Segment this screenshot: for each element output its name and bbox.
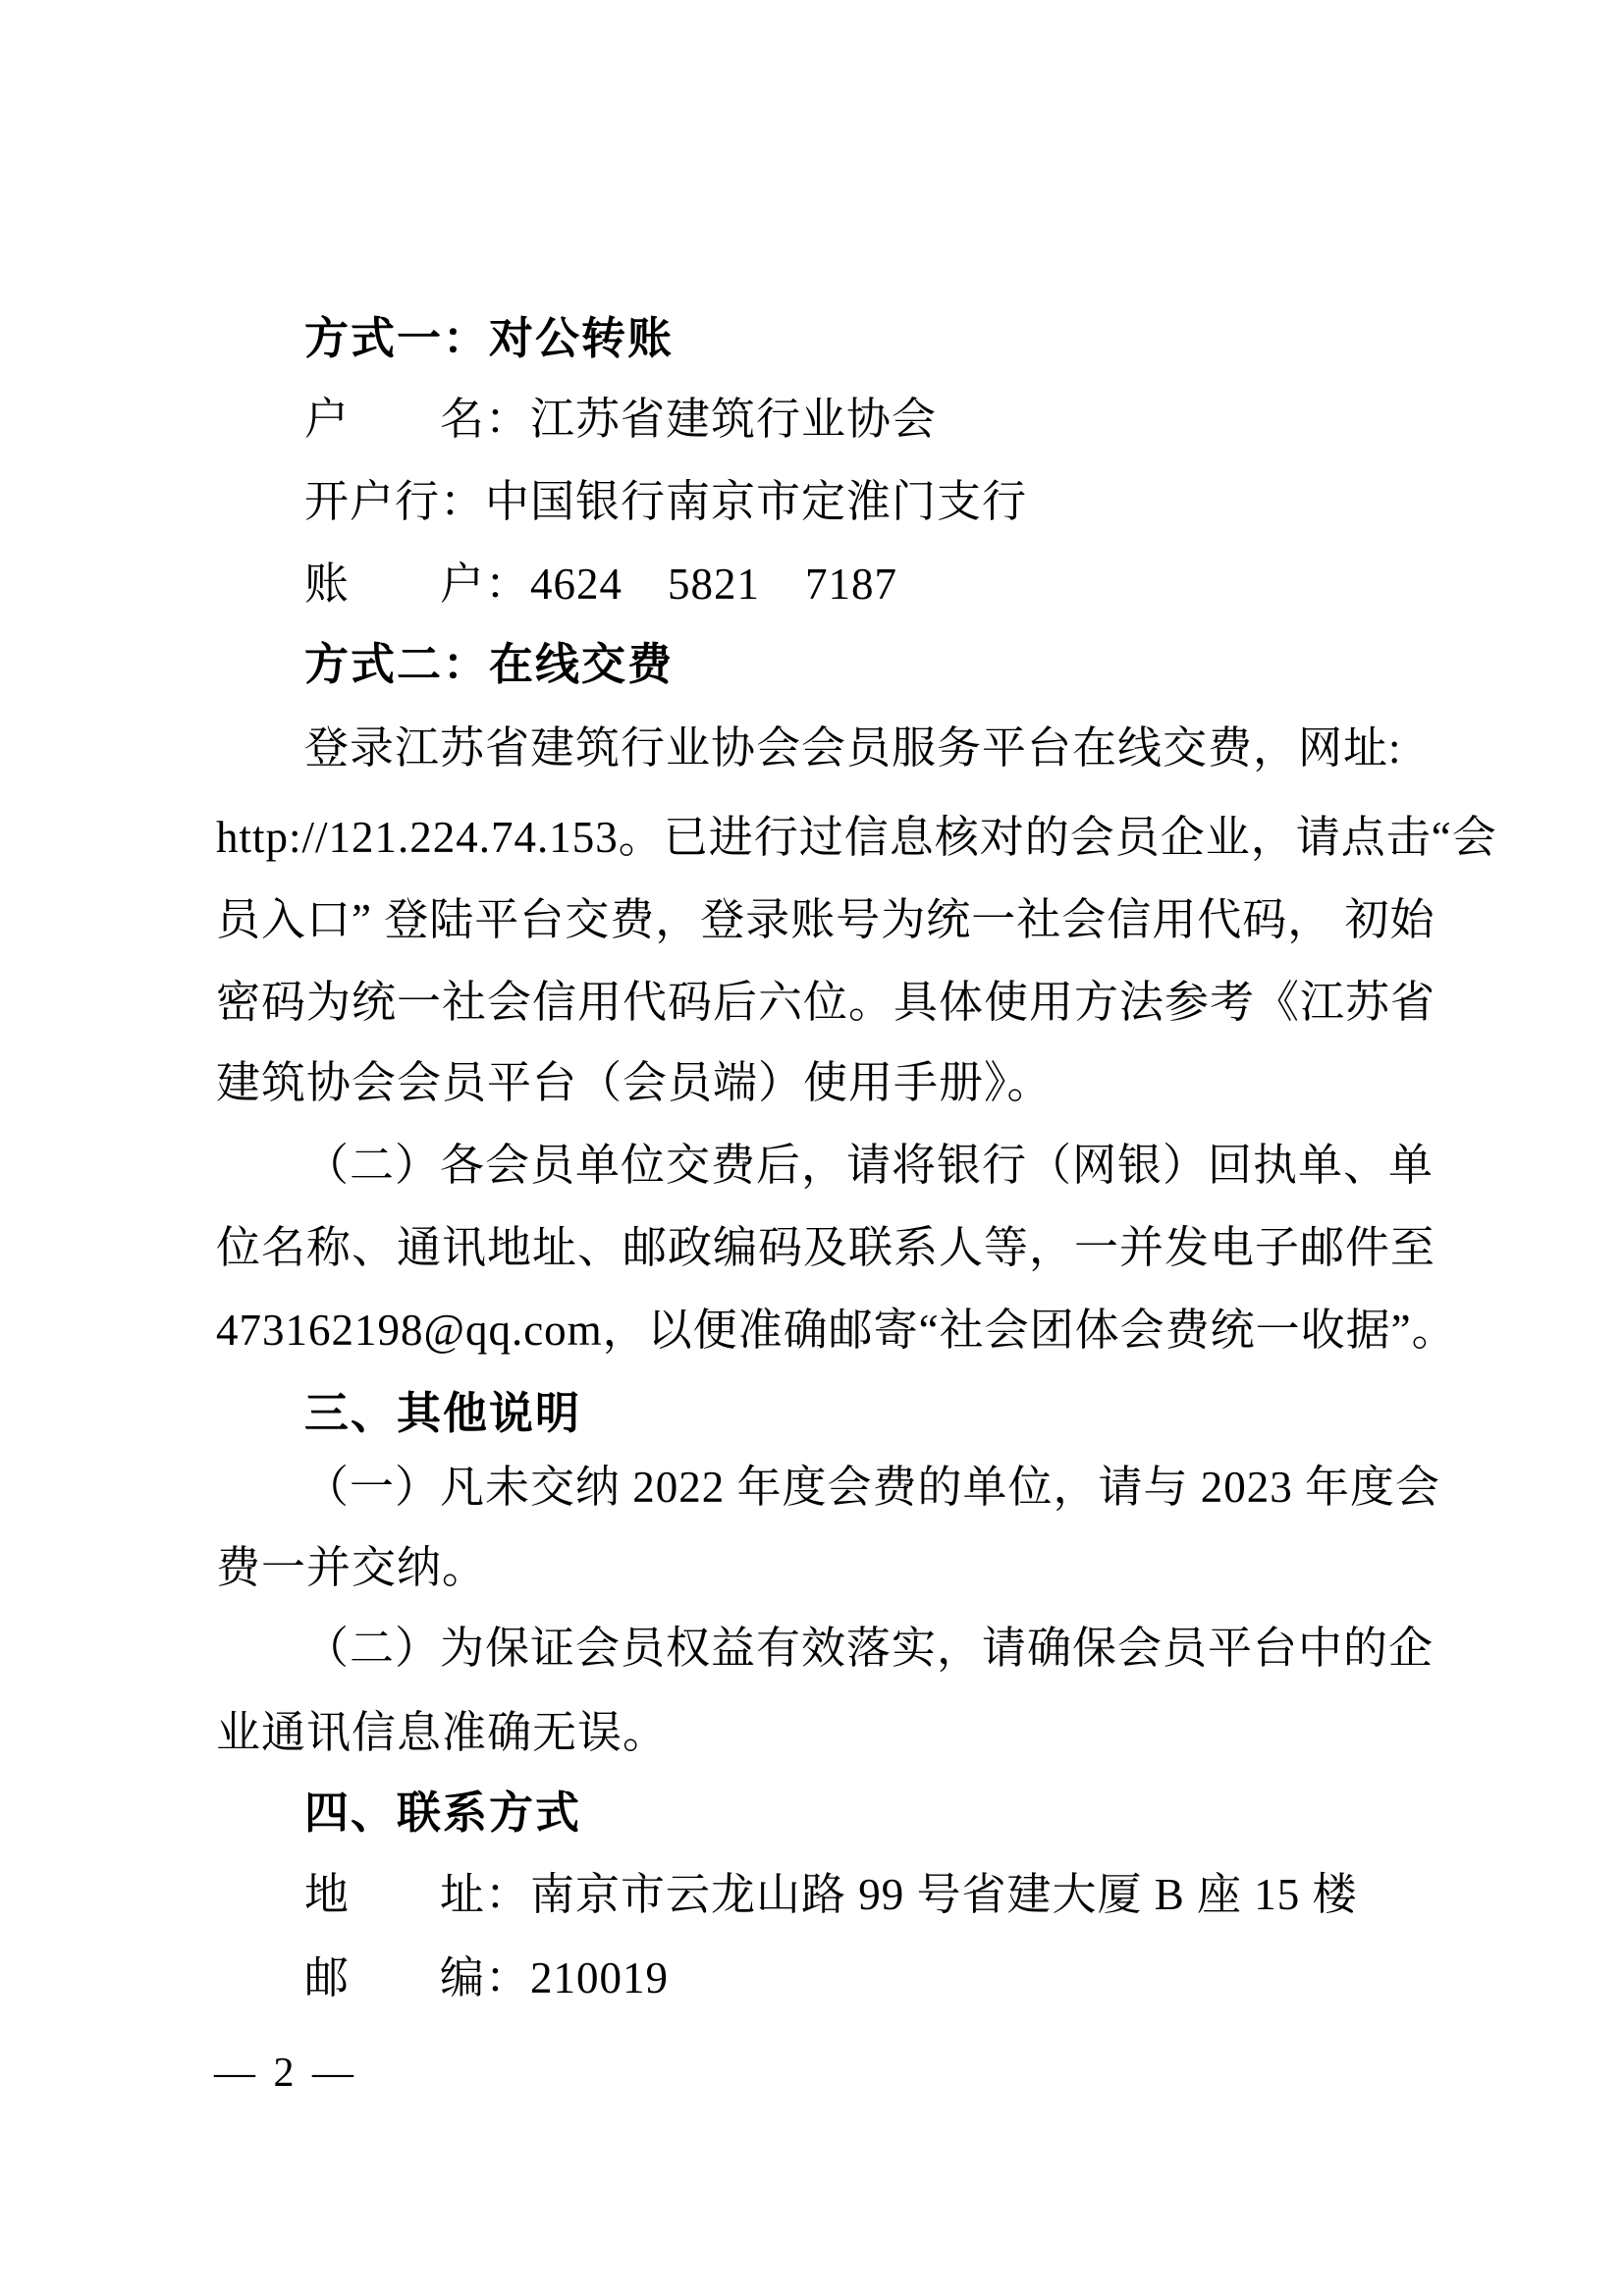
- heading-payment-method-2: 方式二：在线交费: [216, 638, 1434, 691]
- document-page: 方式一：对公转账 户 名：江苏省建筑行业协会 开户行：中国银行南京市定淮门支行 …: [0, 0, 1624, 2296]
- paragraph-online-pay-line-2: http://121.224.74.153。已进行过信息核对的会员企业，请点击“…: [216, 811, 1434, 864]
- heading-contact-info: 四、联系方式: [216, 1787, 1434, 1840]
- paragraph-online-pay-line-1: 登录江苏省建筑行业协会会员服务平台在线交费，网址:: [216, 721, 1434, 774]
- page-number: — 2 —: [214, 2050, 357, 2097]
- bank-branch-line: 开户行：中国银行南京市定淮门支行: [216, 475, 1434, 528]
- paragraph-online-pay-line-5: 建筑协会会员平台（会员端）使用手册》。: [216, 1056, 1434, 1109]
- paragraph-member-info-line-1: （二）为保证会员权益有效落实，请确保会员平台中的企: [216, 1622, 1434, 1675]
- account-name-line: 户 名：江苏省建筑行业协会: [216, 393, 1434, 446]
- paragraph-receipt-line-3: 473162198@qq.com，以便准确邮寄“社会团体会费统一收据”。: [216, 1304, 1434, 1357]
- paragraph-receipt-line-2: 位名称、通讯地址、邮政编码及联系人等，一并发电子邮件至: [216, 1221, 1434, 1274]
- paragraph-unpaid-fee-line-2: 费一并交纳。: [216, 1541, 1434, 1594]
- paragraph-receipt-line-1: （二）各会员单位交费后，请将银行（网银）回执单、单: [216, 1139, 1434, 1192]
- postal-code-line: 邮 编：210019: [216, 1951, 1434, 2004]
- paragraph-unpaid-fee-line-1: （一）凡未交纳 2022 年度会费的单位，请与 2023 年度会: [216, 1461, 1434, 1514]
- address-line: 地 址：南京市云龙山路 99 号省建大厦 B 座 15 楼: [216, 1868, 1434, 1921]
- account-number-line: 账 户：4624 5821 7187: [216, 558, 1434, 611]
- paragraph-online-pay-line-3: 员入口” 登陆平台交费，登录账号为统一社会信用代码， 初始: [216, 893, 1434, 946]
- heading-payment-method-1: 方式一：对公转账: [216, 312, 1434, 365]
- paragraph-online-pay-line-4: 密码为统一社会信用代码后六位。具体使用方法参考《江苏省: [216, 976, 1434, 1029]
- heading-other-notes: 三、其他说明: [216, 1387, 1434, 1440]
- paragraph-member-info-line-2: 业通讯信息准确无误。: [216, 1706, 1434, 1759]
